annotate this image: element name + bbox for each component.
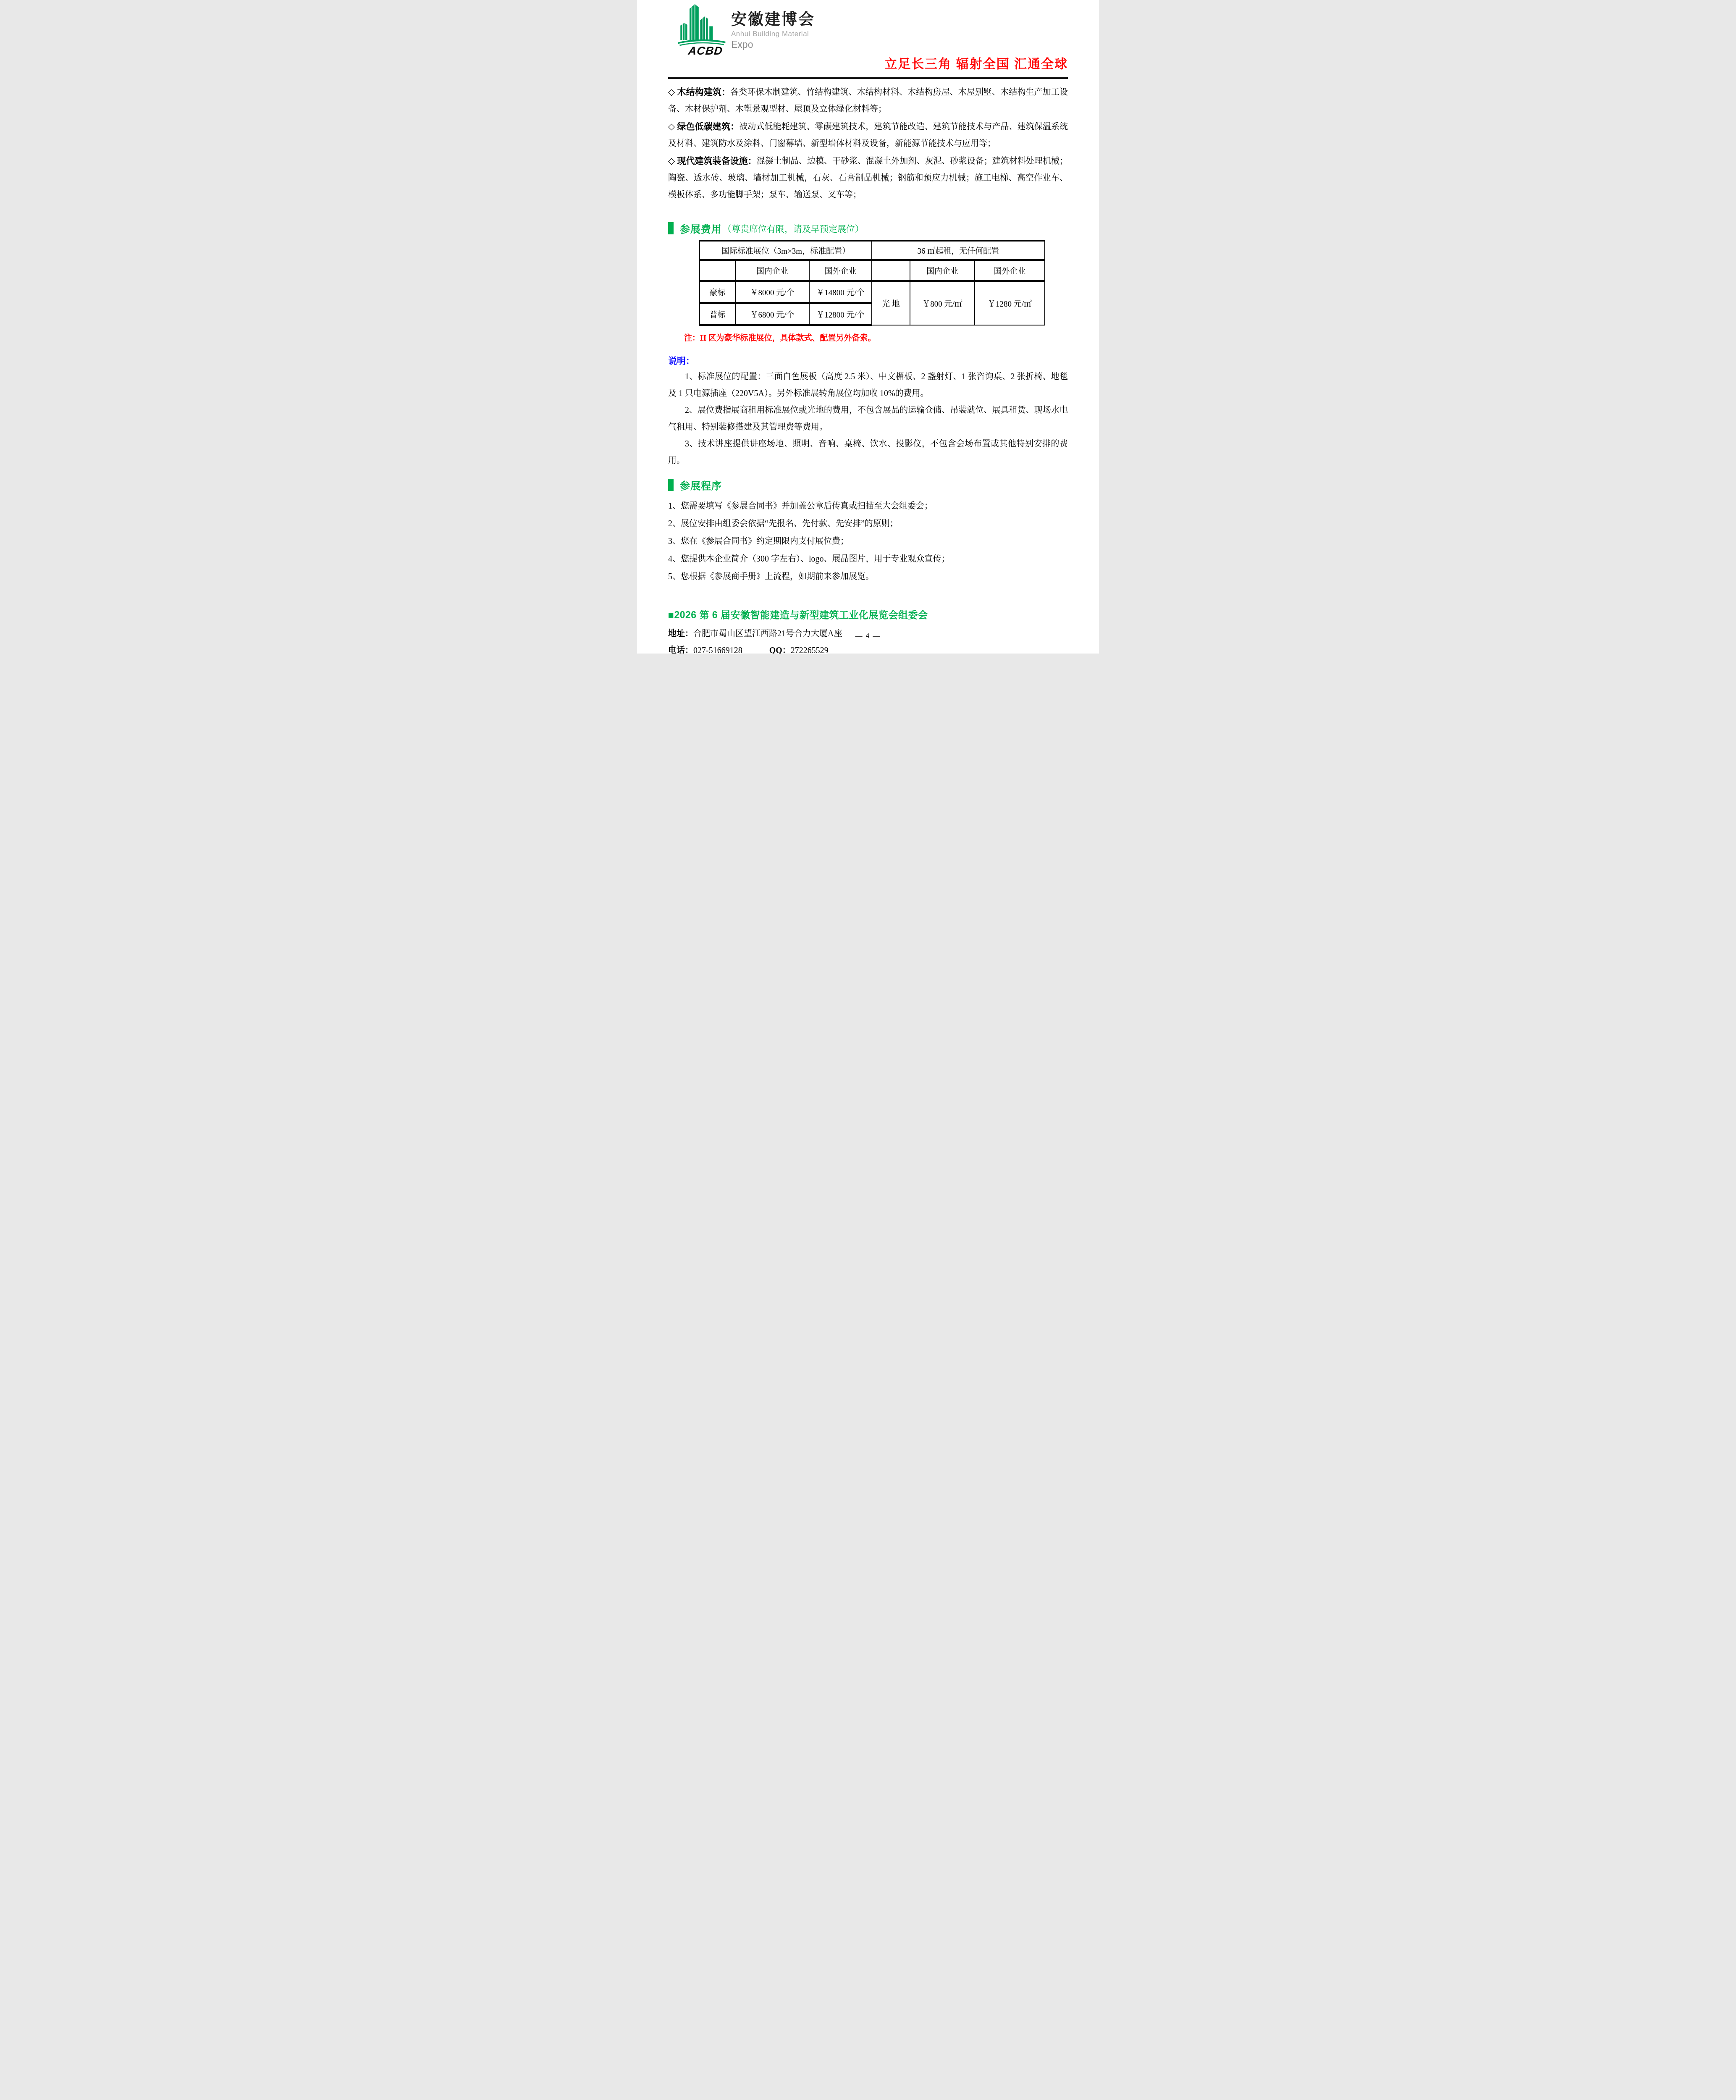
logo-name-cn: 安徽建博会 (731, 12, 815, 27)
fee-table-subheader-row: 国内企业 国外企业 国内企业 国外企业 (700, 260, 1045, 281)
procedure-items: 1、您需要填写《参展合同书》并加盖公章后传真或扫描至大会组委会； 2、展位安排由… (668, 497, 1068, 585)
fee-table-empty-cell (872, 260, 910, 281)
paragraph-label: ◇ 绿色低碳建筑： (668, 121, 739, 131)
qq-label: QQ： (769, 646, 791, 654)
fee-table-domestic-header: 国内企业 (910, 260, 975, 281)
procedure-section: 参展程序 1、您需要填写《参展合同书》并加盖公章后传真或扫描至大会组委会； 2、… (668, 478, 1068, 585)
remark-item: 1、标准展位的配置：三面白色展板（高度 2.5 米）、中文楣板、2 盏射灯、1 … (668, 368, 1068, 402)
fee-table-empty-cell (700, 260, 735, 281)
procedure-item: 1、您需要填写《参展合同书》并加盖公章后传真或扫描至大会组委会； (668, 497, 1068, 515)
paragraph-wood-structure: ◇ 木结构建筑：各类环保木制建筑、竹结构建筑、木结构材料、木结构房屋、木屋别墅、… (668, 83, 1068, 118)
phone-value: 027-51669128 (693, 646, 742, 654)
paragraph-modern-equipment: ◇ 现代建筑装备设施：混凝土制品、边模、干砂浆、混凝土外加剂、灰泥、砂浆设备；建… (668, 152, 1068, 203)
green-square-icon (668, 222, 674, 234)
acbd-logo: ACBD 安徽建博会 Anhui Building Material Expo (677, 2, 815, 55)
paragraph-label: ◇ 现代建筑装备设施： (668, 156, 757, 166)
deluxe-foreign-price: ￥14800 元/个 (809, 281, 872, 303)
page-number: — 4 — (637, 632, 1099, 640)
logo-text: 安徽建博会 Anhui Building Material Expo (731, 2, 815, 50)
remark-item: 2、展位费指展商租用标准展位或光地的费用，不包含展品的运输仓储、吊装就位、展具租… (668, 402, 1068, 436)
fee-table: 国际标准展位（3m×3m，标准配置） 36 ㎡起租，无任何配置 国内企业 国外企… (699, 240, 1045, 326)
phone-line: 电话：027-51669128QQ：272265529 (668, 642, 1068, 654)
phone-label: 电话： (668, 646, 693, 654)
raw-space-label: 光 地 (872, 281, 910, 325)
exhibit-scope-paragraphs: ◇ 木结构建筑：各类环保木制建筑、竹结构建筑、木结构材料、木结构房屋、木屋别墅、… (668, 83, 1068, 203)
procedure-item: 2、展位安排由组委会依据“先报名、先付款、先安排”的原则； (668, 515, 1068, 533)
document-page: ACBD 安徽建博会 Anhui Building Material Expo … (637, 0, 1099, 654)
procedure-item: 5、您根据《参展商手册》上流程，如期前来参加展览。 (668, 568, 1068, 585)
remarks-heading: 说明： (668, 354, 1068, 367)
standard-foreign-price: ￥12800 元/个 (809, 303, 872, 325)
raw-space-foreign-price: ￥1280 元/㎡ (975, 281, 1045, 325)
fees-section: 参展费用 （尊贵席位有限，请及早预定展位） 国际标准展位（3m×3m，标准配置）… (668, 221, 1068, 343)
fee-table-domestic-header: 国内企业 (735, 260, 809, 281)
fee-table-left-header: 国际标准展位（3m×3m，标准配置） (700, 241, 872, 260)
qq-value: 272265529 (791, 646, 829, 654)
booth-type-label: 豪标 (700, 281, 735, 303)
raw-space-domestic-price: ￥800 元/㎡ (910, 281, 975, 325)
paragraph-green-building: ◇ 绿色低碳建筑：被动式低能耗建筑、零碳建筑技术，建筑节能改造、建筑节能技术与产… (668, 118, 1068, 152)
fee-table-row-deluxe: 豪标 ￥8000 元/个 ￥14800 元/个 光 地 ￥800 元/㎡ ￥12… (700, 281, 1045, 303)
logo-expo: Expo (731, 40, 815, 50)
page-header: ACBD 安徽建博会 Anhui Building Material Expo … (668, 0, 1068, 79)
standard-domestic-price: ￥6800 元/个 (735, 303, 809, 325)
fee-note: 注：H 区为豪华标准展位，具体款式、配置另外备索。 (684, 332, 1068, 343)
logo-name-en: Anhui Building Material (731, 30, 815, 37)
fee-table-header-row: 国际标准展位（3m×3m，标准配置） 36 ㎡起租，无任何配置 (700, 241, 1045, 260)
committee-section: ■2026 第 6 届安徽智能建造与新型建筑工业化展览会组委会 地址：合肥市蜀山… (668, 607, 1068, 654)
committee-heading: ■2026 第 6 届安徽智能建造与新型建筑工业化展览会组委会 (668, 607, 1068, 621)
fee-table-foreign-header: 国外企业 (975, 260, 1045, 281)
deluxe-domestic-price: ￥8000 元/个 (735, 281, 809, 303)
logo-acronym: ACBD (687, 45, 723, 58)
procedure-item: 3、您在《参展合同书》约定期限内支付展位费； (668, 533, 1068, 550)
green-square-icon (668, 479, 674, 491)
remarks-section: 说明： 1、标准展位的配置：三面白色展板（高度 2.5 米）、中文楣板、2 盏射… (668, 354, 1068, 469)
procedure-heading-title: 参展程序 (680, 478, 722, 492)
slogan: 立足长三角 辐射全国 汇通全球 (884, 53, 1068, 72)
fees-heading-note: （尊贵席位有限，请及早预定展位） (723, 222, 864, 235)
fee-table-foreign-header: 国外企业 (809, 260, 872, 281)
paragraph-label: ◇ 木结构建筑： (668, 87, 730, 97)
fees-heading-title: 参展费用 (680, 221, 722, 236)
fee-table-right-header: 36 ㎡起租，无任何配置 (872, 241, 1045, 260)
remark-item: 3、技术讲座提供讲座场地、照明、音响、桌椅、饮水、投影仪，不包含会场布置或其他特… (668, 436, 1068, 469)
procedure-item: 4、您提供本企业简介（300 字左右）、logo、展品图片，用于专业观众宣传； (668, 550, 1068, 568)
procedure-heading: 参展程序 (668, 478, 1068, 492)
booth-type-label: 普标 (700, 303, 735, 325)
fees-heading: 参展费用 （尊贵席位有限，请及早预定展位） (668, 221, 1068, 236)
